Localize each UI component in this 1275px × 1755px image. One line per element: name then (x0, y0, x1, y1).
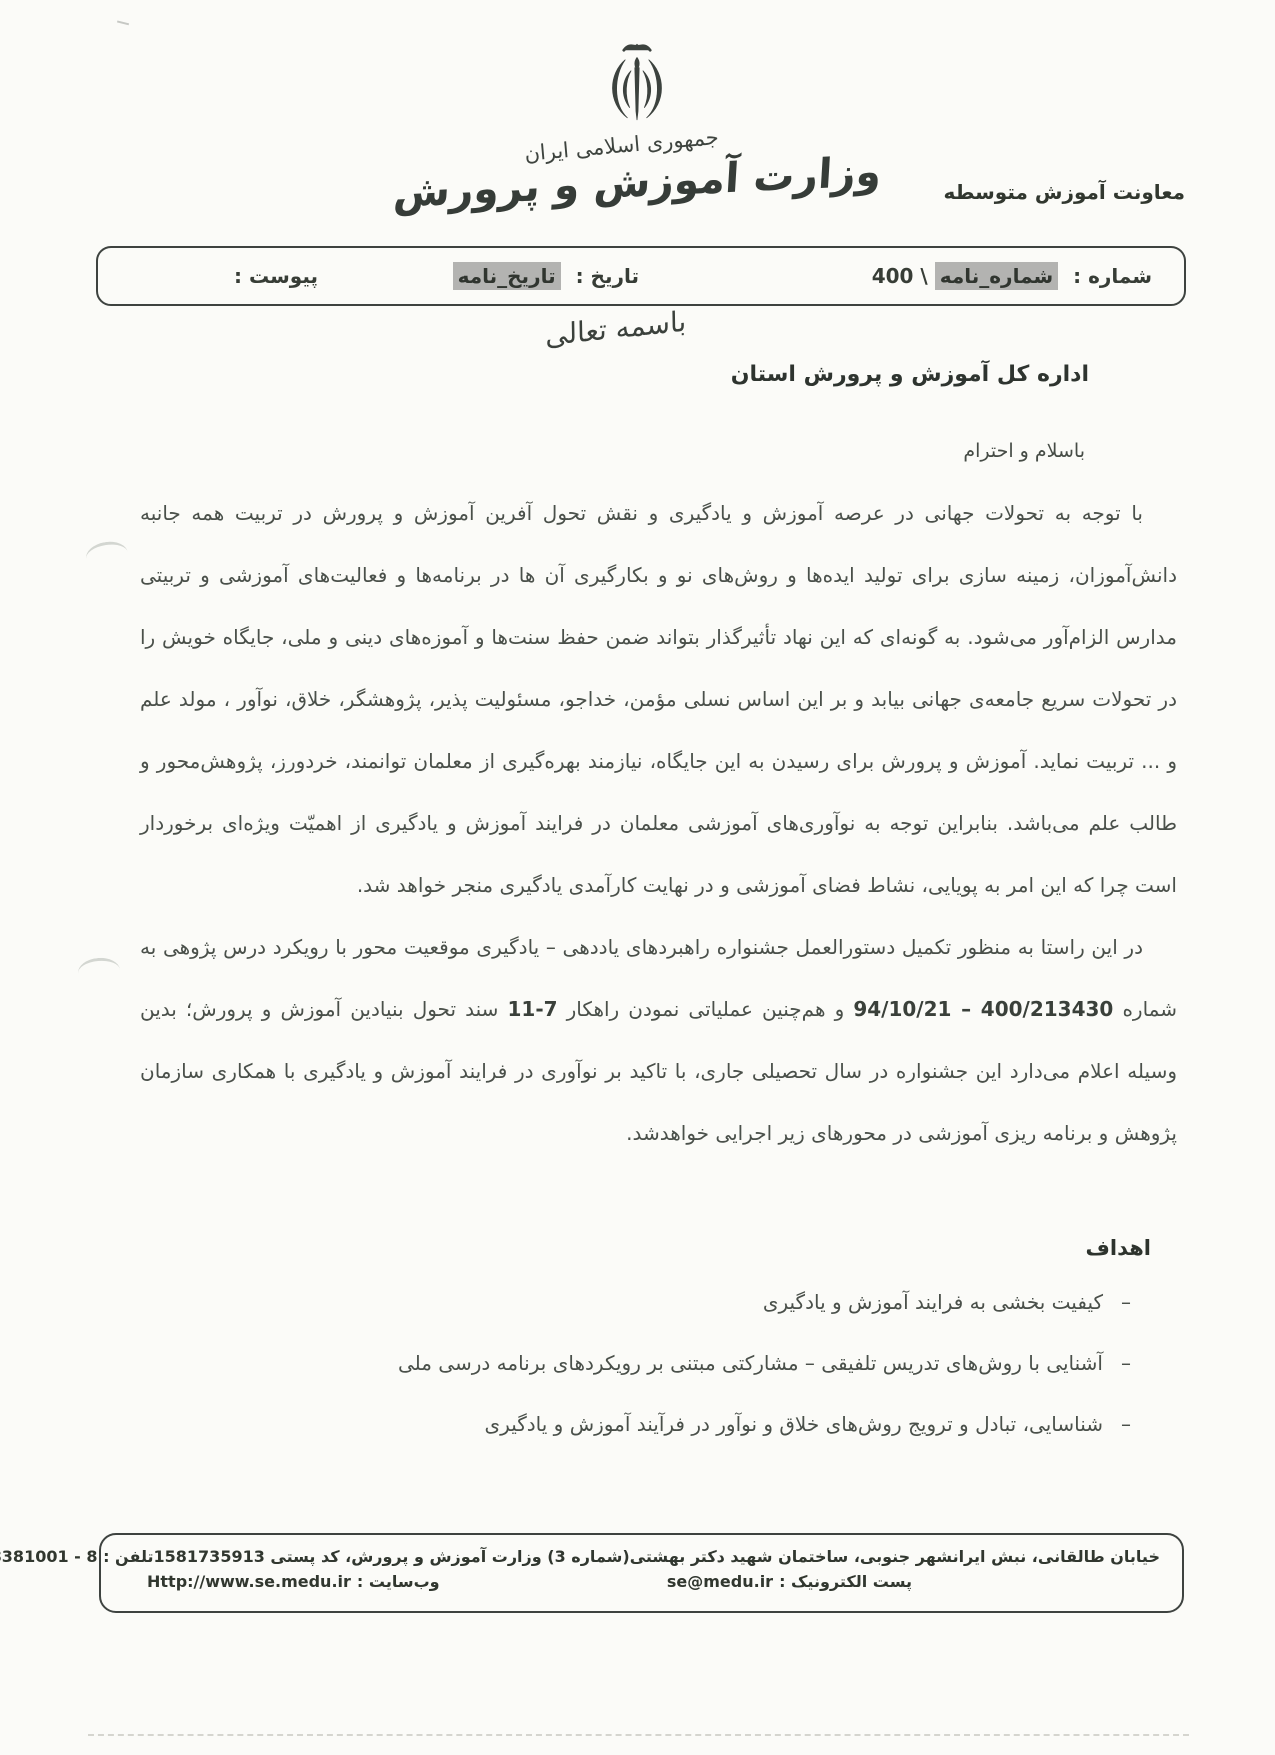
bullet-dash: – (1121, 1333, 1131, 1394)
scan-artifact (77, 956, 121, 987)
date-label: تاریخ : (576, 264, 639, 288)
bullet-dash: – (1121, 1394, 1131, 1455)
email-label: پست الکترونیک : (779, 1572, 912, 1591)
footer-web-line: پست الکترونیک :se@medu.ir وب‌سایت :Http:… (101, 1566, 1182, 1591)
reference-numbers: 400/213430 – 94/10/21 (853, 997, 1113, 1021)
objective-item: –کیفیت بخشی به فرایند آموزش و یادگیری (140, 1272, 1131, 1333)
letter-date-field: تاریخ : تاریخ_نامه (453, 264, 639, 288)
attachment-field: پیوست : (226, 264, 318, 288)
website-label: وب‌سایت : (357, 1572, 440, 1591)
objective-text: کیفیت بخشی به فرایند آموزش و یادگیری (763, 1290, 1103, 1314)
scan-artifact (84, 539, 130, 572)
phone-text: تلفن : 8 - 88381001 (0, 1547, 154, 1566)
scan-perforation-line (88, 1734, 1189, 1736)
number-label: شماره : (1073, 264, 1152, 288)
reference-bar: شماره : شماره_نامه \ 400 تاریخ : تاریخ_ن… (96, 246, 1186, 306)
letter-number-field: شماره : شماره_نامه \ 400 (872, 264, 1152, 288)
greeting-line: باسلام و احترام (963, 440, 1085, 462)
objective-item: –شناسایی، تبادل و ترویج روش‌های خلاق و ن… (140, 1394, 1131, 1455)
objective-text: آشنایی با روش‌های تدریس تلفیقی – مشارکتی… (398, 1351, 1103, 1375)
iran-emblem-icon (587, 40, 687, 142)
website-item: وب‌سایت :Http://www.se.medu.ir (141, 1572, 440, 1591)
objective-item: –آشنایی با روش‌های تدریس تلفیقی – مشارکت… (140, 1333, 1131, 1394)
body-paragraph-1: با توجه به تحولات جهانی در عرصه آموزش و … (140, 482, 1177, 916)
recipient-title: اداره کل آموزش و پرورش استان (731, 362, 1089, 387)
bullet-dash: – (1121, 1272, 1131, 1333)
number-placeholder: شماره_نامه (935, 262, 1058, 290)
objective-text: شناسایی، تبادل و ترویج روش‌های خلاق و نو… (485, 1412, 1103, 1436)
email-item: پست الکترونیک :se@medu.ir (661, 1572, 912, 1591)
bismillah-calligraphy: باسمه تعالی (545, 305, 686, 353)
website-value: Http://www.se.medu.ir (147, 1572, 351, 1591)
body-paragraph-2: در این راستا به منظور تکمیل دستورالعمل ج… (140, 916, 1177, 1164)
solution-number: 7-11 (507, 997, 557, 1021)
scanned-letter-page: جمهوری اسلامی ایران وزارت آموزش و پرورش … (0, 0, 1275, 1755)
attachment-label: پیوست : (234, 264, 318, 288)
paragraph2-text-2: و هم‌چنین عملیاتی نمودن راهکار (558, 997, 854, 1021)
scan-artifact (117, 13, 131, 26)
address-text: خیابان طالقانی، نبش ایرانشهر جنوبی، ساخت… (154, 1547, 1160, 1566)
objectives-list: –کیفیت بخشی به فرایند آموزش و یادگیری –آ… (140, 1272, 1131, 1455)
footer-contact-box: خیابان طالقانی، نبش ایرانشهر جنوبی، ساخت… (99, 1533, 1184, 1613)
deputy-title: معاونت آموزش متوسطه (944, 180, 1185, 204)
objectives-heading: اهداف (1086, 1236, 1151, 1260)
number-suffix: \ 400 (872, 264, 928, 288)
date-placeholder: تاریخ_نامه (453, 262, 561, 290)
email-value: se@medu.ir (667, 1572, 773, 1591)
letter-body: با توجه به تحولات جهانی در عرصه آموزش و … (140, 482, 1177, 1164)
footer-address-line: خیابان طالقانی، نبش ایرانشهر جنوبی، ساخت… (101, 1535, 1182, 1566)
